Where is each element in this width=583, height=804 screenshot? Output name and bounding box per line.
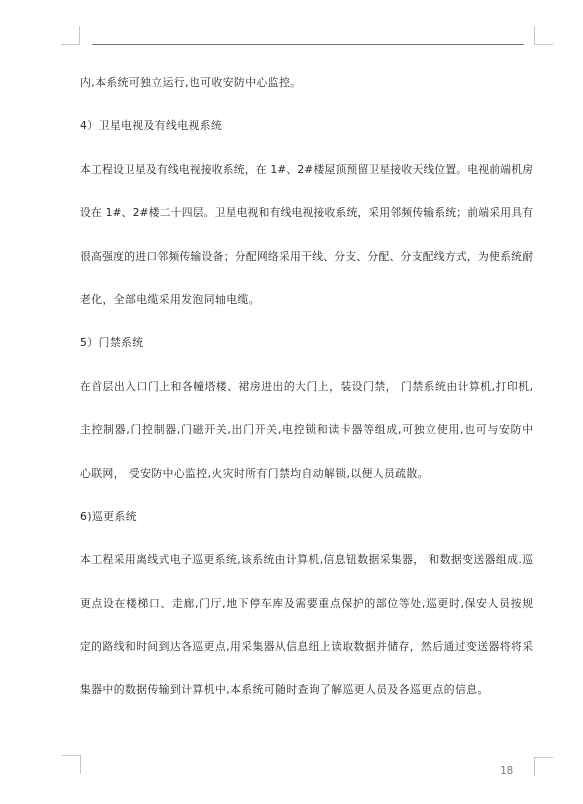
text-line: 本工程采用离线式电子巡更系统,该系统由计算机,信息钮数据采集器， 和数据变送器组…	[80, 538, 533, 581]
page-header-rule	[92, 44, 524, 45]
margin-crop-mark-bottom-right	[534, 757, 553, 776]
text-line: 6)巡更系统	[80, 495, 533, 538]
text-line: 在首层出入口门上和各幢塔楼、裙房进出的大门上，装设门禁， 门禁系统由计算机,打印…	[80, 365, 533, 408]
document-page: 内,本系统可独立运行,也可收安防中心监控。4）卫星电视及有线电视系统本工程设卫星…	[0, 0, 583, 804]
margin-crop-mark-top-right	[534, 26, 553, 45]
text-line: 定的路线和时间到达各巡更点,用采集器从信息纽上读取数据并储存，然后通过变送器将将…	[80, 625, 533, 668]
text-line: 主控制器,门控制器,门磁开关,出门开关,电控锁和读卡器等组成,可独立使用,也可与…	[80, 408, 533, 451]
paragraph: 4）卫星电视及有线电视系统	[80, 104, 533, 147]
margin-crop-mark-top-left	[61, 26, 80, 45]
text-line: 设在 1#、2#楼二十四层。卫星电视和有线电视接收系统，采用邻频传输系统；前端采…	[80, 191, 533, 234]
paragraph: 在首层出入口门上和各幢塔楼、裙房进出的大门上，装设门禁， 门禁系统由计算机,打印…	[80, 365, 533, 495]
text-line: 心联网， 受安防中心监控,火灾时所有门禁均自动解锁,以便人员疏散。	[80, 452, 533, 495]
paragraph: 6)巡更系统	[80, 495, 533, 538]
page-number: 18	[500, 763, 513, 779]
paragraph: 5）门禁系统	[80, 321, 533, 364]
text-line: 内,本系统可独立运行,也可收安防中心监控。	[80, 61, 533, 104]
text-line: 5）门禁系统	[80, 321, 533, 364]
text-line: 更点设在楼梯口、走廊,门厅,地下停车库及需要重点保护的部位等处,巡更时,保安人员…	[80, 582, 533, 625]
paragraph: 本工程设卫星及有线电视接收系统，在 1#、2#楼屋顶预留卫星接收天线位置。电视前…	[80, 148, 533, 322]
margin-crop-mark-bottom-left	[62, 755, 81, 774]
text-line: 很高强度的进口邻频传输设备；分配网络采用干线、分支、分配、分支配线方式，为使系统…	[80, 235, 533, 278]
text-line: 老化，全部电缆采用发泡同轴电缆。	[80, 278, 533, 321]
text-line: 4）卫星电视及有线电视系统	[80, 104, 533, 147]
text-line: 集器中的数据传输到计算机中,本系统可随时查询了解巡更人员及各巡更点的信息。	[80, 668, 533, 711]
paragraph: 本工程采用离线式电子巡更系统,该系统由计算机,信息钮数据采集器， 和数据变送器组…	[80, 538, 533, 712]
paragraph: 内,本系统可独立运行,也可收安防中心监控。	[80, 61, 533, 104]
document-body: 内,本系统可独立运行,也可收安防中心监控。4）卫星电视及有线电视系统本工程设卫星…	[80, 61, 533, 712]
text-line: 本工程设卫星及有线电视接收系统，在 1#、2#楼屋顶预留卫星接收天线位置。电视前…	[80, 148, 533, 191]
